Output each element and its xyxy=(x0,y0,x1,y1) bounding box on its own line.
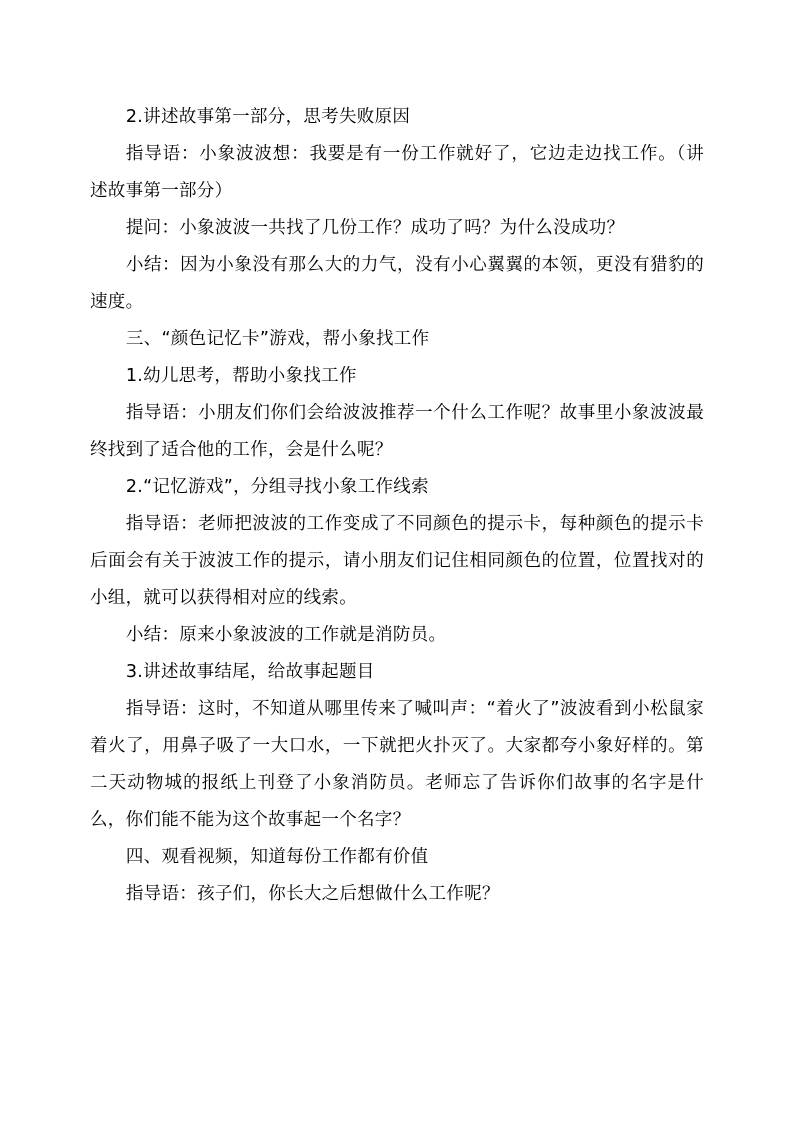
guidance-paragraph-recommend-job: 指导语：小朋友们你们会给波波推荐一个什么工作呢？故事里小象波波最终找到了适合他的… xyxy=(90,395,704,469)
guidance-paragraph-bobo-looks-for-job: 指导语：小象波波想：我要是有一份工作就好了，它边走边找工作。（讲述故事第一部分） xyxy=(90,136,704,210)
section-heading-color-memory-game: 三、“颜色记忆卡”游戏，帮小象找工作 xyxy=(90,321,704,358)
guidance-paragraph-fire-story: 指导语：这时，不知道从哪里传来了喊叫声：“着火了”波波看到小松鼠家着火了，用鼻子… xyxy=(90,691,704,839)
guidance-paragraph-future-job: 指导语：孩子们，你长大之后想做什么工作呢？ xyxy=(90,876,704,913)
question-paragraph: 提问：小象波波一共找了几份工作？成功了吗？为什么没成功？ xyxy=(90,210,704,247)
document-page: 2.讲述故事第一部分，思考失败原因 指导语：小象波波想：我要是有一份工作就好了，… xyxy=(90,99,704,913)
summary-paragraph-failure-reasons: 小结：因为小象没有那么大的力气，没有小心翼翼的本领，更没有猎豹的速度。 xyxy=(90,247,704,321)
subheading-children-think: 1.幼儿思考，帮助小象找工作 xyxy=(90,358,704,395)
section-heading-story-part-one: 2.讲述故事第一部分，思考失败原因 xyxy=(90,99,704,136)
summary-paragraph-firefighter: 小结：原来小象波波的工作就是消防员。 xyxy=(90,617,704,654)
subheading-memory-game: 2.“记忆游戏”，分组寻找小象工作线索 xyxy=(90,469,704,506)
guidance-paragraph-color-cards: 指导语：老师把波波的工作变成了不同颜色的提示卡，每种颜色的提示卡后面会有关于波波… xyxy=(90,506,704,617)
subheading-story-ending: 3.讲述故事结尾，给故事起题目 xyxy=(90,654,704,691)
section-heading-watch-video: 四、观看视频，知道每份工作都有价值 xyxy=(90,839,704,876)
